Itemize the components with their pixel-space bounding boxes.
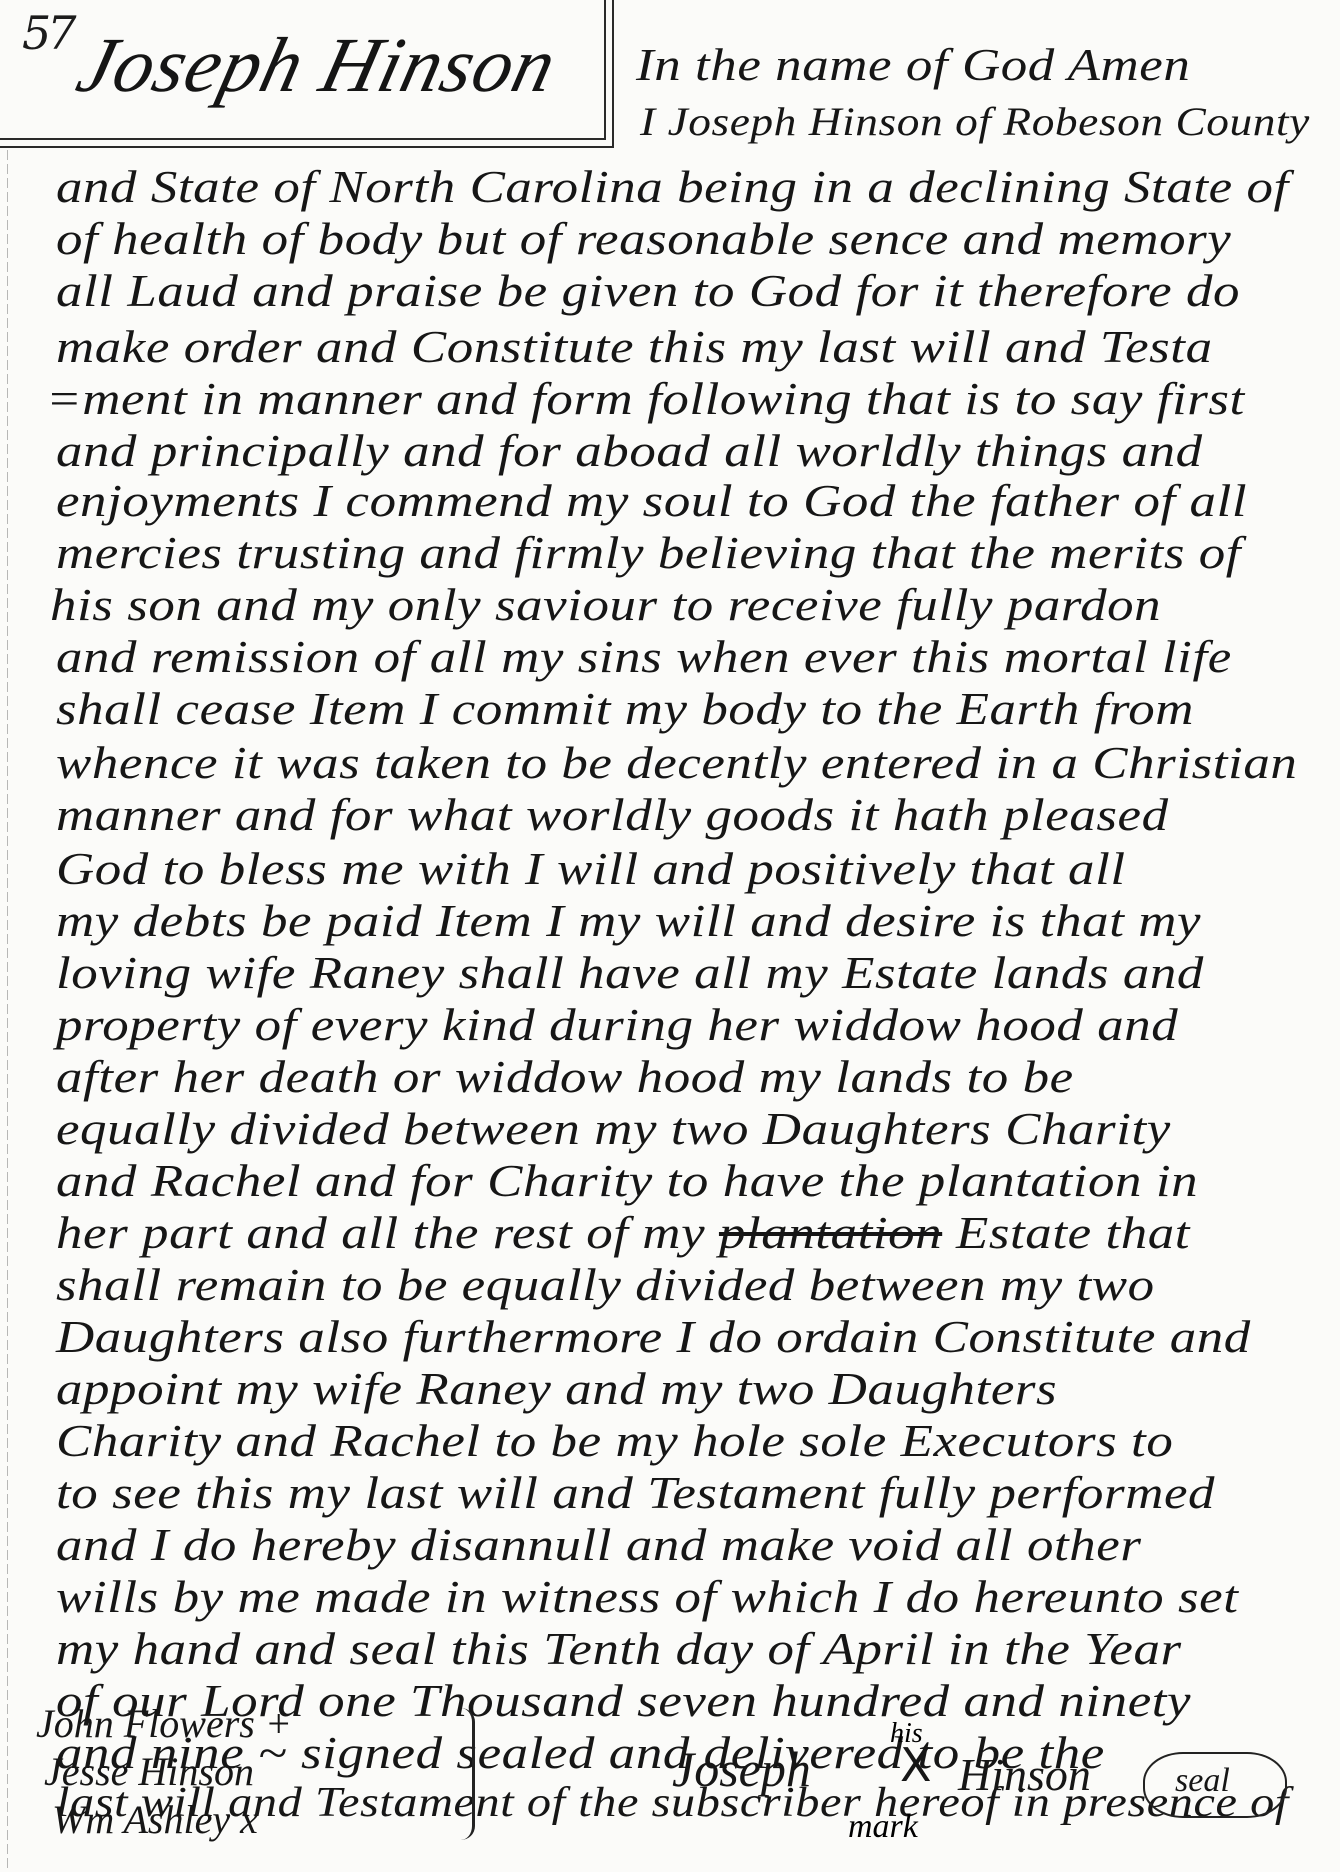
body-line: and I do hereby disannull and make void … [56, 1522, 1142, 1568]
body-line: all Laud and praise be given to God for … [56, 268, 1240, 314]
body-line: property of every kind during her widdow… [56, 1002, 1178, 1048]
body-line: Charity and Rachel to be my hole sole Ex… [56, 1418, 1173, 1464]
body-line: Daughters also furthermore I do ordain C… [56, 1314, 1251, 1360]
body-line: shall remain to be equally divided betwe… [56, 1262, 1155, 1308]
body-line: and principally and for aboad all worldl… [56, 428, 1203, 474]
body-line: his son and my only saviour to receive f… [50, 582, 1161, 628]
witness-name: Jesse Hinson [44, 1752, 254, 1792]
heading-line: In the name of God Amen [636, 42, 1190, 88]
body-line: my debts be paid Item I my will and desi… [56, 898, 1201, 944]
witness-brace [448, 1708, 475, 1840]
signature-mark-label: mark [848, 1808, 918, 1846]
body-line: and remission of all my sins when ever t… [56, 634, 1232, 680]
heading-line: I Joseph Hinson of Robeson County [640, 102, 1310, 142]
body-line: my hand and seal this Tenth day of April… [56, 1626, 1182, 1672]
body-line: after her death or widdow hood my lands … [56, 1054, 1074, 1100]
body-line: and State of North Carolina being in a d… [56, 164, 1289, 210]
body-line: and Rachel and for Charity to have the p… [56, 1158, 1198, 1204]
marginal-title-name: Joseph Hinson [69, 20, 566, 110]
witness-name: Wm Ashley x [52, 1800, 258, 1840]
body-line: whence it was taken to be decently enter… [56, 740, 1297, 786]
body-line: mercies trusting and firmly believing th… [56, 530, 1241, 576]
body-line: manner and for what worldly goods it hat… [56, 792, 1169, 838]
body-line: wills by me made in witness of which I d… [56, 1574, 1238, 1620]
signature-last-name: Hinson [958, 1752, 1091, 1798]
signature-mark-x: X [900, 1738, 932, 1792]
seal-label: seal [1175, 1762, 1230, 1800]
body-line: of health of body but of reasonable senc… [56, 216, 1231, 262]
left-margin-rule [7, 150, 8, 1872]
struck-word: plantation [719, 1207, 942, 1258]
body-line: loving wife Raney shall have all my Esta… [56, 950, 1204, 996]
body-line: =ment in manner and form following that … [46, 376, 1245, 422]
folio-number: 57 [22, 6, 73, 60]
will-page: 57 Joseph Hinson In the name of God Amen… [0, 0, 1340, 1872]
body-line: equally divided between my two Daughters… [56, 1106, 1171, 1152]
signature-first-name: Joseph [672, 1744, 811, 1794]
body-line: to see this my last will and Testament f… [56, 1470, 1215, 1516]
witness-name: John Flowers + [36, 1704, 292, 1744]
body-line-with-strikethrough: her part and all the rest of my plantati… [56, 1210, 1190, 1256]
body-line: make order and Constitute this my last w… [56, 324, 1213, 370]
body-line: shall cease Item I commit my body to the… [56, 686, 1194, 732]
body-line: enjoyments I commend my soul to God the … [56, 478, 1247, 524]
body-line: appoint my wife Raney and my two Daughte… [56, 1366, 1057, 1412]
body-line: God to bless me with I will and positive… [56, 846, 1126, 892]
